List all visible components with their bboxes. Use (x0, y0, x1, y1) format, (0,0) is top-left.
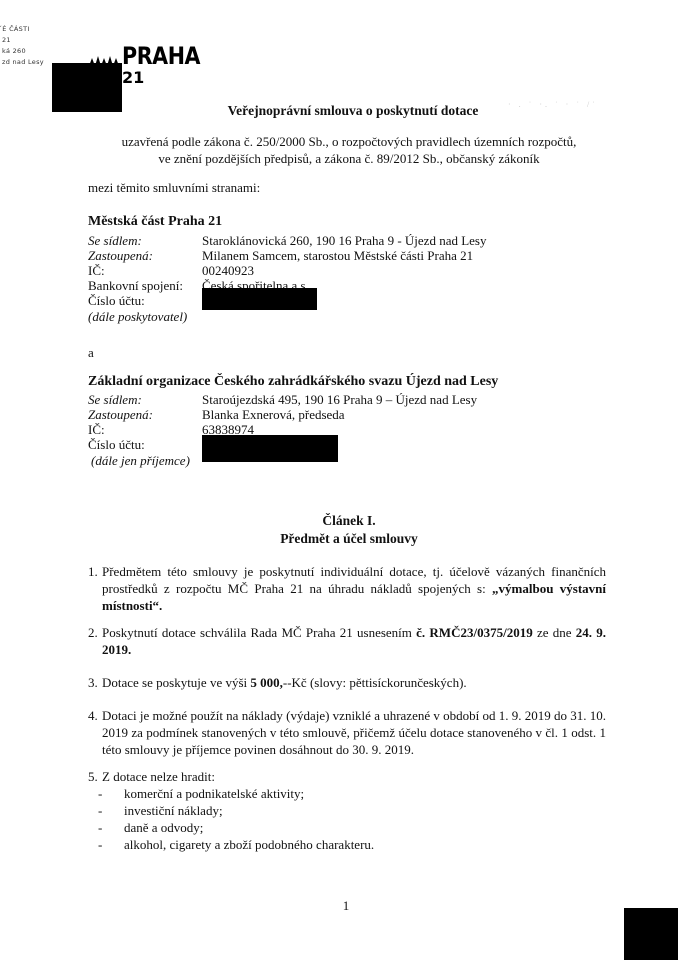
article-item-5: 5. Z dotace nelze hradit: (88, 768, 606, 785)
article-subheading: Předmět a účel smlouvy (0, 530, 678, 548)
page-number: 1 (0, 898, 678, 914)
label: Bankovní spojení: (88, 278, 202, 293)
recipient-role: (dále jen příjemce) (91, 453, 611, 468)
label: IČ: (88, 263, 202, 278)
item-number: 3. (88, 674, 98, 691)
item-text: Poskytnutí dotace schválila Rada MČ Prah… (102, 625, 416, 640)
stamp-line: 21 (2, 35, 44, 46)
article-heading: Článek I. (0, 512, 678, 530)
scan-noise: · . ˙ ·. ˙ · ˙ /˙ (508, 100, 658, 120)
label: Číslo účtu: (88, 293, 202, 308)
value: Blanka Exnerová, předseda (202, 407, 345, 422)
conjunction: a (88, 345, 94, 361)
item-bold: 5 000, (250, 675, 283, 690)
item-text: Dotaci je možné použít na náklady (výdaj… (102, 707, 606, 758)
item-text: Dotace se poskytuje ve výši (102, 675, 250, 690)
item-number: 2. (88, 624, 98, 641)
article-item-3: 3. Dotace se poskytuje ve výši 5 000,--K… (88, 674, 606, 691)
item-number: 4. (88, 707, 98, 724)
recipient-rep-row: Zastoupená:Blanka Exnerová, předseda (88, 407, 608, 422)
provider-ic-row: IČ:00240923 (88, 263, 608, 278)
intro-line: uzavřená podle zákona č. 250/2000 Sb., o… (20, 133, 678, 150)
redaction-block-corner (624, 908, 678, 960)
stamp-line: zd nad Lesy (2, 57, 44, 68)
provider-bank-row: Bankovní spojení:Česká spořitelna a.s. (88, 278, 608, 293)
provider-name: Městská část Praha 21 (88, 214, 222, 230)
value: Staroklánovická 260, 190 16 Praha 9 - Új… (202, 233, 486, 248)
document-intro: uzavřená podle zákona č. 250/2000 Sb., o… (0, 133, 678, 167)
exclusion-item: -komerční a podnikatelské aktivity; (98, 785, 304, 802)
item-bold: č. RMČ23/0375/2019 (416, 625, 533, 640)
provider-seat-row: Se sídlem:Staroklánovická 260, 190 16 Pr… (88, 233, 608, 248)
item-text: --Kč (slovy: pěttisíckorunčeských). (283, 675, 467, 690)
recipient-account-row: Číslo účtu: (88, 437, 608, 452)
article-item-2: 2. Poskytnutí dotace schválila Rada MČ P… (88, 624, 606, 658)
stamp-line: ́É ČÁSTI (2, 24, 44, 35)
exclusion-item: -daně a odvody; (98, 819, 203, 836)
item-number: 5. (88, 768, 98, 785)
recipient-seat-row: Se sídlem:Staroújezdská 495, 190 16 Prah… (88, 392, 608, 407)
logo-number: 21 (122, 70, 144, 86)
label: Číslo účtu: (88, 437, 202, 452)
label: Zastoupená: (88, 407, 202, 422)
provider-account-row: Číslo účtu: (88, 293, 608, 308)
value: 00240923 (202, 263, 254, 278)
parties-intro: mezi těmito smluvními stranami: (88, 180, 260, 196)
label: IČ: (88, 422, 202, 437)
label: Se sídlem: (88, 392, 202, 407)
provider-role: (dále poskytovatel) (88, 309, 608, 324)
value: Staroújezdská 495, 190 16 Praha 9 – Újez… (202, 392, 477, 407)
provider-rep-row: Zastoupená:Milanem Samcem, starostou Měs… (88, 248, 608, 263)
stamp-fragment: ́É ČÁSTI 21 ká 260 zd nad Lesy (2, 24, 44, 68)
item-text: Z dotace nelze hradit: (102, 768, 606, 785)
item-text: ze dne (533, 625, 576, 640)
exclusion-item: -alkohol, cigarety a zboží podobného cha… (98, 836, 374, 853)
article-item-4: 4. Dotaci je možné použít na náklady (vý… (88, 707, 606, 758)
intro-line: ve znění pozdějších předpisů, a zákona č… (20, 150, 678, 167)
label: Se sídlem: (88, 233, 202, 248)
article-item-1: 1. Předmětem této smlouvy je poskytnutí … (88, 563, 606, 614)
value: Milanem Samcem, starostou Městské části … (202, 248, 473, 263)
recipient-name: Základní organizace Českého zahrádkářské… (88, 374, 498, 390)
stamp-line: ká 260 (2, 46, 44, 57)
item-number: 1. (88, 563, 98, 580)
label: Zastoupená: (88, 248, 202, 263)
exclusion-item: -investiční náklady; (98, 802, 223, 819)
recipient-ic-row: IČ:63838974 (88, 422, 608, 437)
redaction-block-provider-account (202, 288, 317, 310)
logo-praha: PRAHA (122, 44, 200, 68)
